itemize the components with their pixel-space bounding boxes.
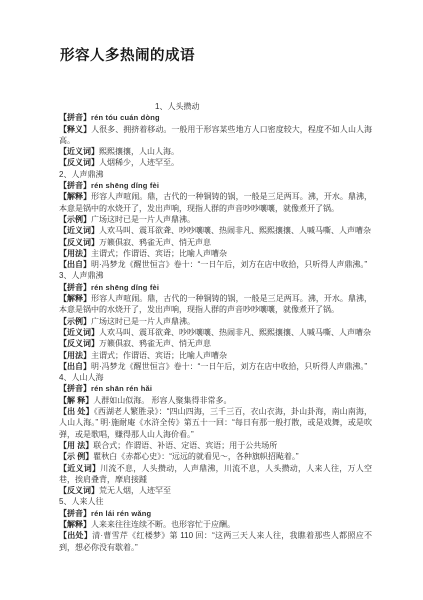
field-text: 人欢马叫、震耳欲聋、吵吵嚷嚷、热闹非凡、熙熙攘攘、人喊马嘶、人声嘈杂 bbox=[99, 328, 371, 337]
entry-line: 【用法】主谓式；作谓语、宾语；比喻人声嘈杂 bbox=[59, 248, 372, 259]
field-label: 【近义词】 bbox=[59, 464, 100, 473]
pinyin-text: rén shān rén hǎi bbox=[91, 384, 152, 393]
idiom-entry: 1、人头攒动【拼音】rén tóu cuán dòng【释义】人很多、拥挤着移动… bbox=[59, 101, 372, 169]
field-text: 瞿秋白《赤都心史》：“远远的就看见～，各种旗帜招飐着。” bbox=[93, 452, 298, 461]
field-text: 人群如山似海。 形容人聚集得非常多。 bbox=[93, 396, 231, 405]
entry-line: 【解释】形容人声喧闹。鼎，古代的一种铜铸的锅，一般是三足两耳。沸，开水。鼎沸，本… bbox=[59, 191, 372, 214]
entry-line: 【解释】形容人声喧闹。鼎，古代的一种铜铸的锅，一般是三足两耳。沸，开水。鼎沸，本… bbox=[59, 293, 372, 316]
field-text: 人欢马叫、震耳欲聋、吵吵嚷嚷、热闹非凡、熙熙攘攘、人喊马嘶、人声嘈杂 bbox=[99, 226, 371, 235]
field-label: 【出 处】 bbox=[59, 407, 94, 416]
field-label: 【释义】 bbox=[59, 125, 91, 134]
idiom-entry: 2、人声鼎沸【拼音】rén shēng dǐng fèi【解释】形容人声喧闹。鼎… bbox=[59, 169, 372, 271]
field-text: 联合式；作谓语、补语、定语、宾语；用于公共场所 bbox=[93, 441, 277, 450]
field-text: 人很多、拥挤着移动。一般用于形容某些地方人口密度较大，程度不如人山人海高。 bbox=[59, 125, 372, 145]
entry-heading: 1、人头攒动 bbox=[59, 101, 372, 112]
field-label: 【拼音】 bbox=[59, 384, 91, 393]
field-label: 【反义词】 bbox=[59, 486, 99, 495]
field-label: 【解释】 bbox=[59, 520, 91, 529]
entry-line: 【解 释】人群如山似海。 形容人聚集得非常多。 bbox=[59, 395, 372, 406]
entry-line: 【反义词】荒无人烟，人迹罕至 bbox=[59, 485, 372, 496]
pinyin-text: rén lái rén wǎng bbox=[91, 509, 151, 518]
idiom-entry: 5、人来人往【拼音】rén lái rén wǎng【解释】人来来往往连续不断。… bbox=[59, 496, 372, 552]
pinyin-text: rén tóu cuán dòng bbox=[91, 113, 160, 122]
field-text: 明·冯梦龙《醒世恒言》卷十：“一日午后，刘方在店中收拾，只听得人声鼎沸。” bbox=[91, 260, 367, 269]
field-label: 【拼音】 bbox=[59, 113, 91, 122]
field-text: 人来来往往连续不断。也形容忙于应酬。 bbox=[91, 520, 235, 529]
field-label: 【出处】 bbox=[59, 531, 92, 540]
field-text: 荒无人烟，人迹罕至 bbox=[99, 486, 171, 495]
entry-line: 【拼音】rén shēng dǐng fèi bbox=[59, 282, 372, 293]
entry-line: 【示 例】瞿秋白《赤都心史》：“远远的就看见～，各种旗帜招飐着。” bbox=[59, 451, 372, 462]
entry-line: 【用法】主谓式；作谓语、宾语；比喻人声嘈杂 bbox=[59, 350, 372, 361]
field-label: 【示 例】 bbox=[59, 452, 93, 461]
entry-line: 【示例】广场这时已是一片人声鼎沸。 bbox=[59, 214, 372, 225]
entry-heading: 2、人声鼎沸 bbox=[59, 169, 372, 180]
field-label: 【解释】 bbox=[59, 294, 91, 303]
field-label: 【用法】 bbox=[59, 249, 91, 258]
entry-line: 【近义词】人欢马叫、震耳欲聋、吵吵嚷嚷、热闹非凡、熙熙攘攘、人喊马嘶、人声嘈杂 bbox=[59, 327, 372, 338]
field-label: 【近义词】 bbox=[59, 328, 99, 337]
field-label: 【拼音】 bbox=[59, 283, 91, 292]
entry-line: 【反义词】万籁俱寂、鸦雀无声、悄无声息 bbox=[59, 338, 372, 349]
field-label: 【反义词】 bbox=[59, 238, 99, 247]
field-text: 主谓式；作谓语、宾语；比喻人声嘈杂 bbox=[91, 351, 227, 360]
field-label: 【解释】 bbox=[59, 192, 91, 201]
entry-line: 【拼音】rén shān rén hǎi bbox=[59, 383, 372, 394]
entry-line: 【释义】人很多、拥挤着移动。一般用于形容某些地方人口密度较大，程度不如人山人海高… bbox=[59, 124, 372, 147]
entry-line: 【反义词】人烟稀少，人迹罕至。 bbox=[59, 157, 372, 168]
field-label: 【示例】 bbox=[59, 317, 91, 326]
field-label: 【用 法】 bbox=[59, 441, 93, 450]
entry-line: 【出自】明·冯梦龙《醒世恒言》卷十：“一日午后，刘方在店中收拾，只听得人声鼎沸。… bbox=[59, 259, 372, 270]
field-text: 清·曹雪芹《红楼梦》第 110 回：“这两三天人来人往，我瞧着那些人都照应不到，… bbox=[59, 531, 372, 551]
field-text: 万籁俱寂、鸦雀无声、悄无声息 bbox=[99, 339, 211, 348]
entry-heading: 4、人山人海 bbox=[59, 372, 372, 383]
field-label: 【解 释】 bbox=[59, 396, 93, 405]
entry-line: 【出处】清·曹雪芹《红楼梦》第 110 回：“这两三天人来人往，我瞧着那些人都照… bbox=[59, 530, 372, 553]
entry-line: 【拼音】rén shēng dǐng fèi bbox=[59, 180, 372, 191]
idiom-entry: 4、人山人海【拼音】rén shān rén hǎi【解 释】人群如山似海。 形… bbox=[59, 372, 372, 496]
field-label: 【反义词】 bbox=[59, 158, 99, 167]
page-title: 形容人多热闹的成语 bbox=[60, 48, 372, 64]
field-text: 形容人声喧闹。鼎，古代的一种铜铸的锅，一般是三足两耳。沸，开水。鼎沸，本意是锅中… bbox=[59, 294, 372, 314]
field-text: 熙熙攘攘，人山人海。 bbox=[99, 147, 179, 156]
idiom-entries: 1、人头攒动【拼音】rén tóu cuán dòng【释义】人很多、拥挤着移动… bbox=[59, 101, 372, 553]
document-page: 形容人多热闹的成语 1、人头攒动【拼音】rén tóu cuán dòng【释义… bbox=[0, 0, 423, 600]
field-label: 【近义词】 bbox=[59, 147, 99, 156]
entry-heading: 3、人声鼎沸 bbox=[59, 270, 372, 281]
entry-line: 【近义词】人欢马叫、震耳欲聋、吵吵嚷嚷、热闹非凡、熙熙攘攘、人喊马嘶、人声嘈杂 bbox=[59, 225, 372, 236]
field-label: 【示例】 bbox=[59, 215, 91, 224]
entry-line: 【用 法】联合式；作谓语、补语、定语、宾语；用于公共场所 bbox=[59, 440, 372, 451]
field-text: 万籁俱寂、鸦雀无声、悄无声息 bbox=[99, 238, 211, 247]
field-label: 【用法】 bbox=[59, 351, 91, 360]
field-text: 《西湖老人繁胜录》：“四山四海，三千三百，衣山衣海，卦山卦海，南山南海，人山人海… bbox=[59, 407, 372, 439]
field-text: 广场这时已是一片人声鼎沸。 bbox=[91, 317, 195, 326]
entry-line: 【近义词】熙熙攘攘，人山人海。 bbox=[59, 146, 372, 157]
field-label: 【出自】 bbox=[59, 260, 91, 269]
field-text: 形容人声喧闹。鼎，古代的一种铜铸的锅，一般是三足两耳。沸，开水。鼎沸，本意是锅中… bbox=[59, 192, 372, 212]
field-label: 【出自】 bbox=[59, 362, 91, 371]
pinyin-text: rén shēng dǐng fèi bbox=[91, 283, 159, 292]
entry-line: 【解释】人来来往往连续不断。也形容忙于应酬。 bbox=[59, 519, 372, 530]
field-text: 主谓式；作谓语、宾语；比喻人声嘈杂 bbox=[91, 249, 227, 258]
entry-line: 【示例】广场这时已是一片人声鼎沸。 bbox=[59, 316, 372, 327]
field-text: 广场这时已是一片人声鼎沸。 bbox=[91, 215, 195, 224]
entry-line: 【拼音】rén lái rén wǎng bbox=[59, 508, 372, 519]
field-label: 【反义词】 bbox=[59, 339, 99, 348]
field-text: 人烟稀少，人迹罕至。 bbox=[99, 158, 179, 167]
field-label: 【拼音】 bbox=[59, 181, 91, 190]
entry-line: 【出自】明·冯梦龙《醒世恒言》卷十：“一日午后，刘方在店中收拾，只听得人声鼎沸。… bbox=[59, 361, 372, 372]
entry-line: 【出 处】《西湖老人繁胜录》：“四山四海，三千三百，衣山衣海，卦山卦海，南山南海… bbox=[59, 406, 372, 440]
field-label: 【拼音】 bbox=[59, 509, 91, 518]
field-label: 【近义词】 bbox=[59, 226, 99, 235]
field-text: 明·冯梦龙《醒世恒言》卷十：“一日午后，刘方在店中收拾，只听得人声鼎沸。” bbox=[91, 362, 367, 371]
entry-heading: 5、人来人往 bbox=[59, 496, 372, 507]
idiom-entry: 3、人声鼎沸【拼音】rén shēng dǐng fèi【解释】形容人声喧闹。鼎… bbox=[59, 270, 372, 372]
entry-line: 【拼音】rén tóu cuán dòng bbox=[59, 112, 372, 123]
entry-line: 【近义词】川流不息，人头攒动，人声鼎沸，川流不息，人头攒动，人来人往，万人空巷，… bbox=[59, 463, 372, 486]
entry-line: 【反义词】万籁俱寂、鸦雀无声、悄无声息 bbox=[59, 237, 372, 248]
field-text: 川流不息，人头攒动，人声鼎沸，川流不息，人头攒动，人来人往，万人空巷，挨肩叠背，… bbox=[59, 464, 372, 484]
pinyin-text: rén shēng dǐng fèi bbox=[91, 181, 159, 190]
